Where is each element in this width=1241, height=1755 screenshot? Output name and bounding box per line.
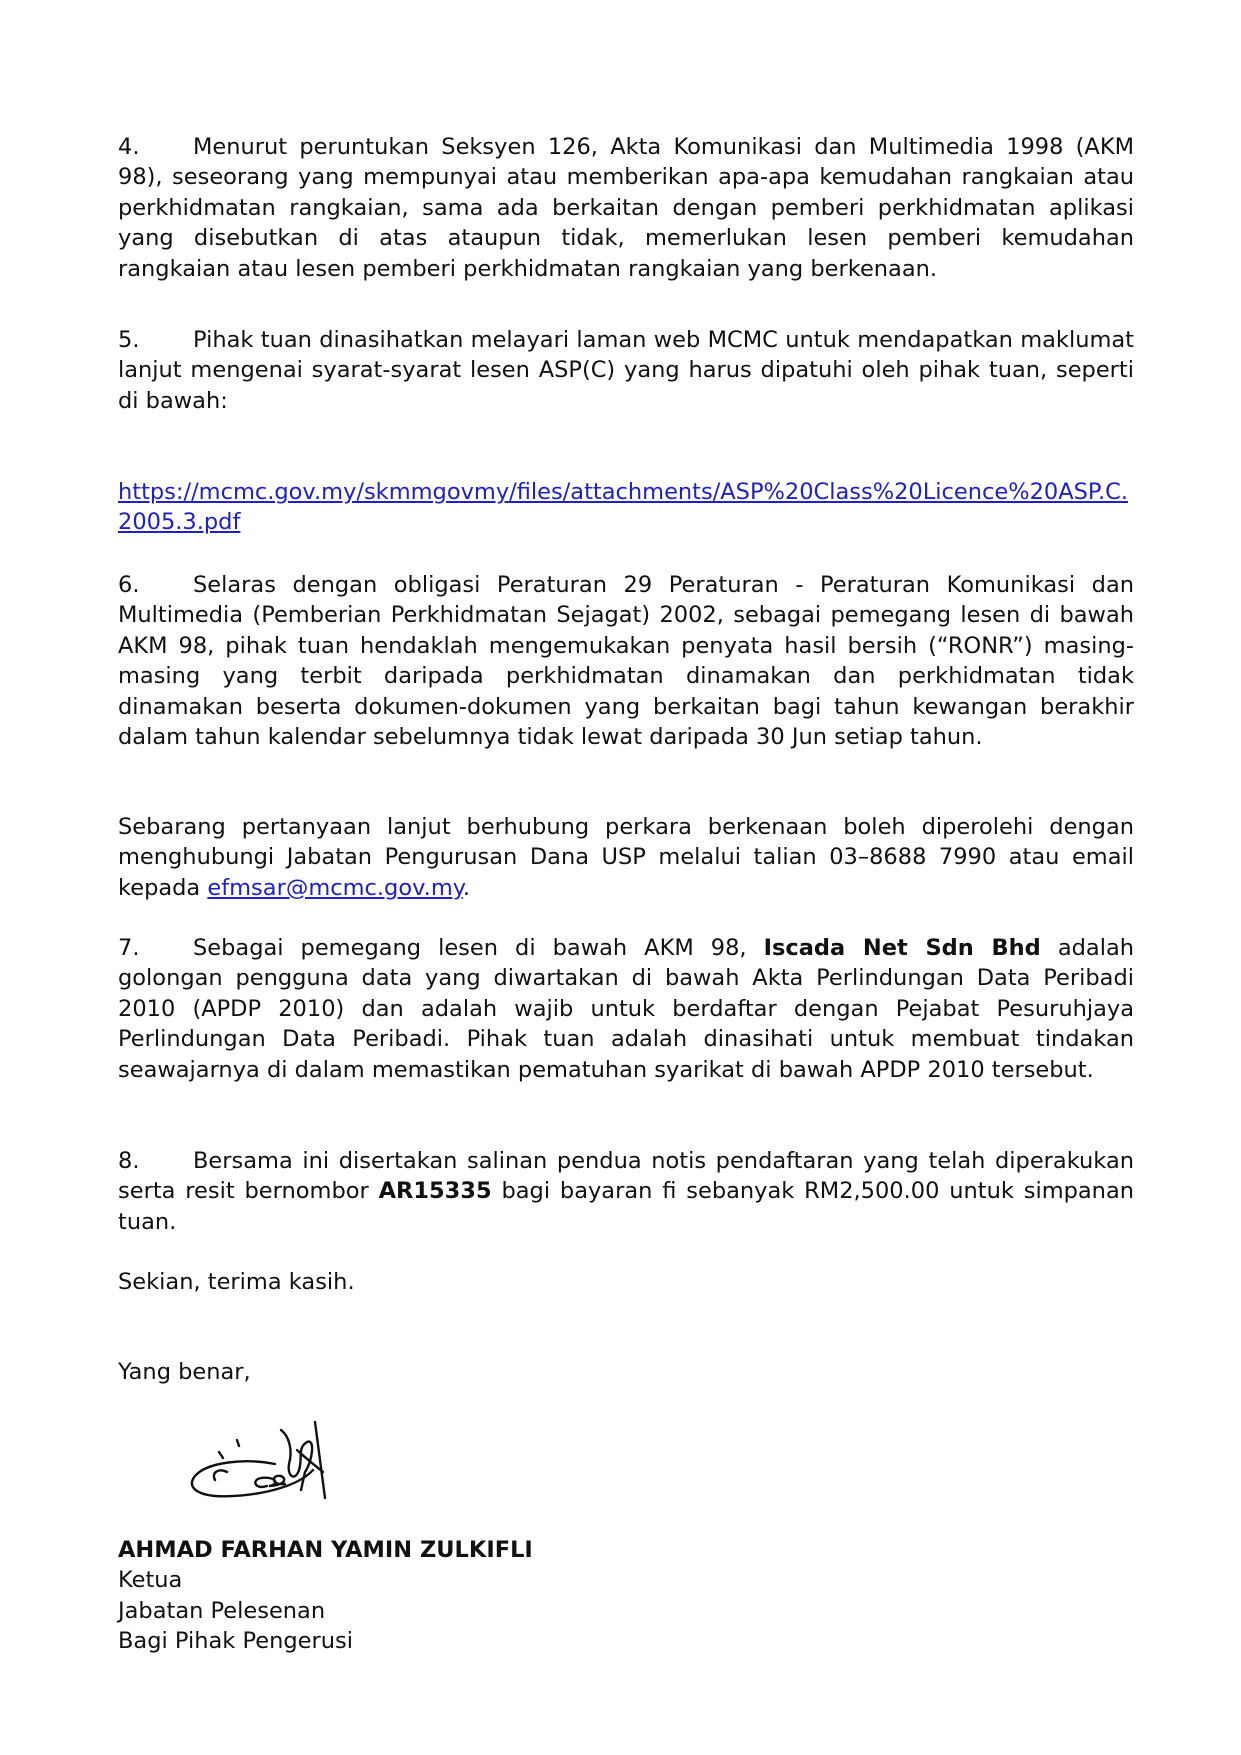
paragraph-7: 7.Sebagai pemegang lesen di bawah AKM 98… — [118, 933, 1134, 1085]
closing-line: Sekian, terima kasih. — [118, 1267, 1134, 1297]
letter-page: 4.Menurut peruntukan Seksyen 126, Akta K… — [0, 0, 1241, 1755]
paragraph-number: 8. — [118, 1146, 193, 1176]
signatory-on-behalf: Bagi Pihak Pengerusi — [118, 1626, 1134, 1656]
signatory-title: Ketua — [118, 1565, 1134, 1595]
signature-image — [185, 1420, 365, 1520]
license-terms-link[interactable]: https://mcmc.gov.my/skmmgovmy/files/atta… — [118, 479, 1128, 535]
license-link-block: https://mcmc.gov.my/skmmgovmy/files/atta… — [118, 477, 1134, 538]
email-link[interactable]: efmsar@mcmc.gov.my — [207, 875, 462, 901]
paragraph-text: Selaras dengan obligasi Peraturan 29 Per… — [118, 572, 1134, 750]
paragraph-text: Sebagai pemegang lesen di bawah AKM 98, — [193, 935, 764, 961]
signatory-department: Jabatan Pelesenan — [118, 1596, 1134, 1626]
paragraph-number: 7. — [118, 933, 193, 963]
paragraph-number: 4. — [118, 132, 193, 162]
signatory-block: AHMAD FARHAN YAMIN ZULKIFLI Ketua Jabata… — [118, 1535, 1134, 1657]
paragraph-4: 4.Menurut peruntukan Seksyen 126, Akta K… — [118, 132, 1134, 284]
paragraph-8: 8.Bersama ini disertakan salinan pendua … — [118, 1146, 1134, 1237]
paragraph-5: 5.Pihak tuan dinasihatkan melayari laman… — [118, 325, 1134, 416]
paragraph-number: 5. — [118, 325, 193, 355]
paragraph-text: Pihak tuan dinasihatkan melayari laman w… — [118, 327, 1134, 414]
paragraph-number: 6. — [118, 570, 193, 600]
salutation: Yang benar, — [118, 1357, 1134, 1387]
paragraph-6: 6.Selaras dengan obligasi Peraturan 29 P… — [118, 570, 1134, 752]
inquiry-text-end: . — [463, 875, 470, 901]
inquiry-paragraph: Sebarang pertanyaan lanjut berhubung per… — [118, 812, 1134, 903]
receipt-number: AR15335 — [379, 1178, 492, 1204]
company-name: Iscada Net Sdn Bhd — [764, 935, 1041, 961]
signatory-name: AHMAD FARHAN YAMIN ZULKIFLI — [118, 1535, 1134, 1565]
paragraph-text: Menurut peruntukan Seksyen 126, Akta Kom… — [118, 134, 1134, 282]
